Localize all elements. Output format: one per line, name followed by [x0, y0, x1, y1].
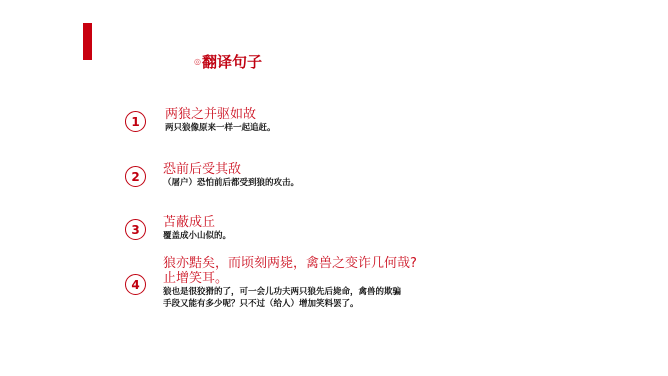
translation-line: 覆盖成小山似的。 [163, 230, 231, 242]
number-circle-icon: 1 [125, 111, 146, 132]
slide-title: ◎ 翻译句子 [194, 52, 262, 72]
classical-sentence-line-2: 止增笑耳。 [163, 271, 417, 286]
item-content: 两狼之并驱如故 两只狼像原来一样一起追赶。 [165, 107, 276, 134]
translation-line-2: 手段又能有多少呢？只不过（给人）增加笑料罢了。 [163, 298, 417, 310]
item-content: 恐前后受其敌 （屠户）恐怕前后都受到狼的攻击。 [163, 162, 299, 189]
item-content: 苫蔽成丘 覆盖成小山似的。 [163, 215, 231, 242]
item-content: 狼亦黠矣，而顷刻两毙，禽兽之变诈几何哉? 止增笑耳。 狼也是很狡猾的了，可一会儿… [163, 256, 417, 310]
number-circle-icon: 4 [125, 274, 146, 295]
classical-sentence: 恐前后受其敌 [163, 162, 299, 177]
translation-line: （屠户）恐怕前后都受到狼的攻击。 [163, 177, 299, 189]
title-bullet-icon: ◎ [194, 58, 201, 66]
number-circle-icon: 3 [125, 219, 146, 240]
accent-bar [83, 23, 92, 60]
classical-sentence: 苫蔽成丘 [163, 215, 231, 230]
translation-line-1: 狼也是很狡猾的了，可一会儿功夫两只狼先后毙命，禽兽的欺骗 [163, 286, 417, 298]
classical-sentence-line-1: 狼亦黠矣，而顷刻两毙，禽兽之变诈几何哉? [163, 256, 417, 271]
number-circle-icon: 2 [125, 166, 146, 187]
classical-sentence: 两狼之并驱如故 [165, 107, 276, 122]
translation-line: 两只狼像原来一样一起追赶。 [165, 122, 276, 134]
title-text: 翻译句子 [202, 55, 262, 70]
